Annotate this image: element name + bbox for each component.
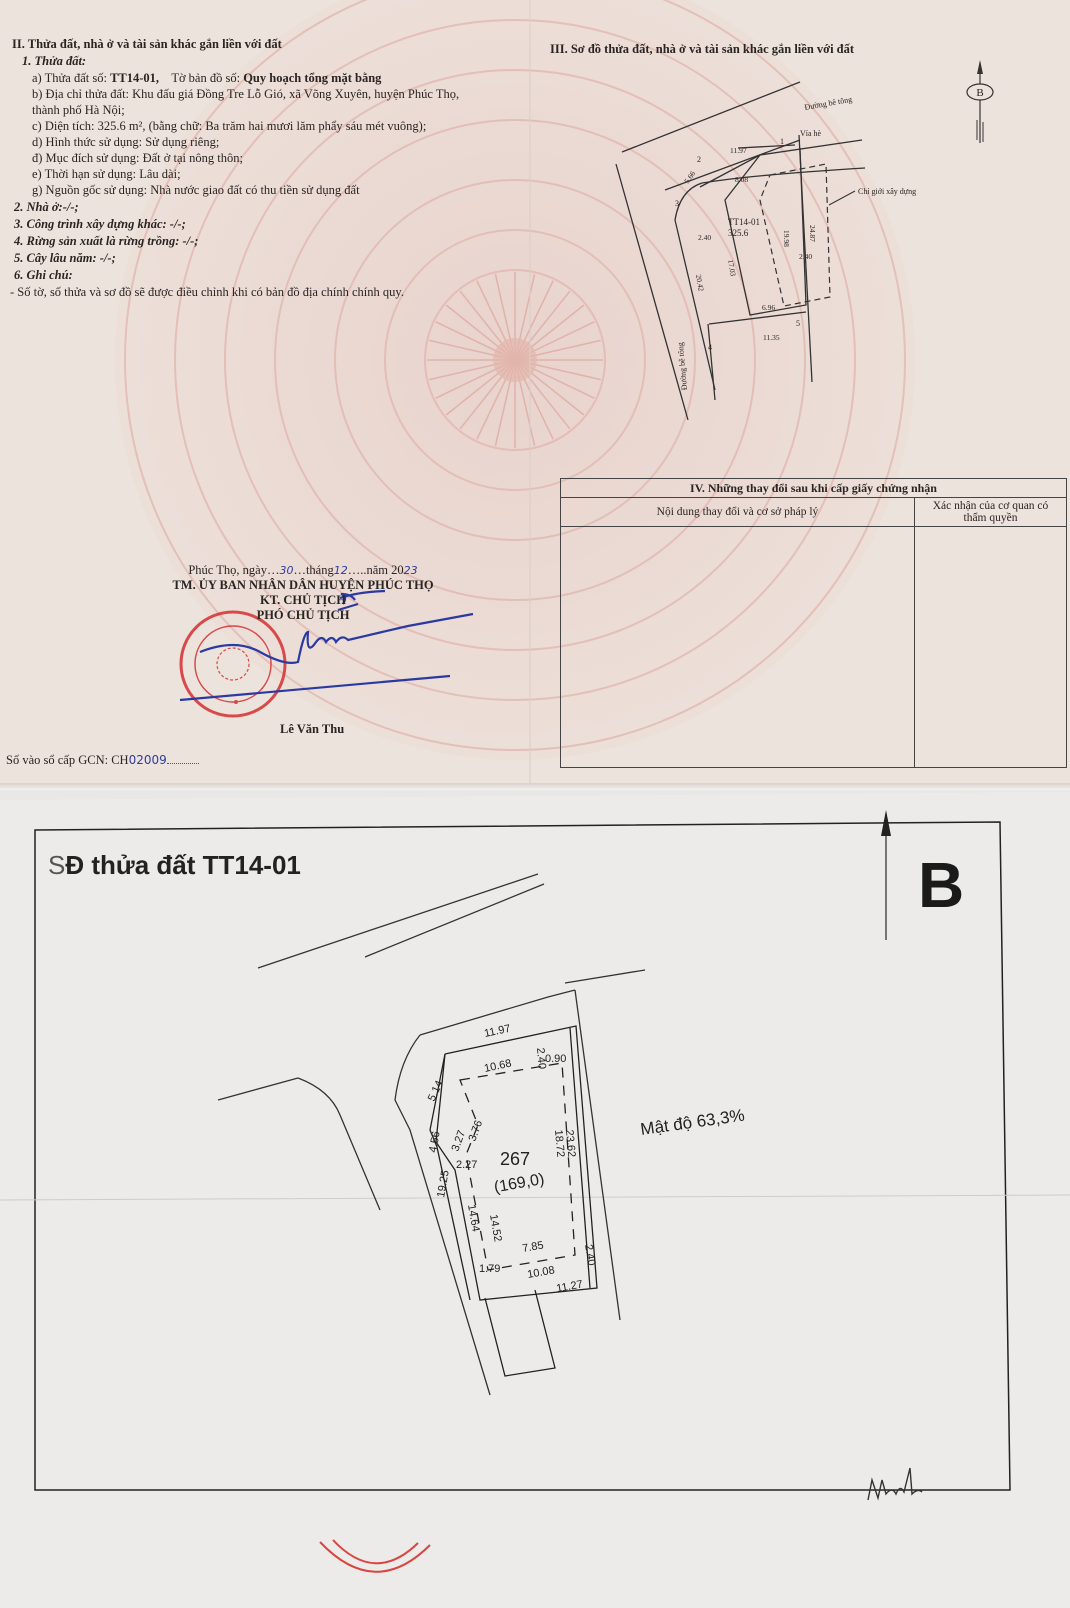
dim-inner-left: 17.03 bbox=[726, 259, 738, 277]
point-1: 1 bbox=[780, 137, 784, 146]
issuing-authority: TM. ỦY BAN NHÂN DÂN HUYỆN PHÚC THỌ bbox=[148, 578, 458, 593]
year-label: …..năm 20 bbox=[348, 563, 404, 577]
point-3: 3 bbox=[675, 199, 679, 208]
month-label: …tháng bbox=[293, 563, 333, 577]
point-5: 5 bbox=[796, 319, 800, 328]
issue-day: 30 bbox=[279, 564, 293, 577]
usage-purpose-line: đ) Mục đích sử dụng: Đất ở tại nông thôn… bbox=[0, 150, 243, 166]
parcel-number: TT14-01, bbox=[110, 71, 159, 85]
changes-table-header: Nội dung thay đổi và cơ sở pháp lý Xác n… bbox=[561, 498, 1066, 527]
registry-label: Số vào sổ cấp GCN: CH bbox=[6, 753, 129, 767]
north-arrow-icon: B bbox=[960, 58, 1000, 148]
dim-setback-right: 2.40 bbox=[799, 252, 812, 261]
changes-table-title: IV. Những thay đổi sau khi cấp giấy chứn… bbox=[561, 479, 1066, 498]
dim-right: 24.87 bbox=[808, 225, 817, 242]
parcel-heading: 1. Thửa đất: bbox=[0, 53, 86, 69]
note-text: - Số tờ, số thửa và sơ đồ sẽ được điều c… bbox=[10, 284, 404, 300]
changes-table: IV. Những thay đổi sau khi cấp giấy chứn… bbox=[560, 478, 1067, 768]
plan-dim-small: 2.27 bbox=[456, 1159, 477, 1171]
dim-setback-left: 2.40 bbox=[698, 233, 711, 242]
changes-col-content: Nội dung thay đổi và cơ sở pháp lý bbox=[561, 498, 915, 526]
certificate-page: II. Thửa đất, nhà ở và tài sản khác gắn … bbox=[0, 0, 1070, 790]
plan-title: SĐ thửa đất TT14-01 bbox=[48, 850, 301, 881]
parcel-address-line1: b) Địa chỉ thửa đất: Khu đấu giá Đồng Tr… bbox=[0, 86, 459, 102]
dim-top: 11.97 bbox=[730, 146, 747, 155]
section-2-title: II. Thửa đất, nhà ở và tài sản khác gắn … bbox=[12, 36, 282, 52]
point-2: 2 bbox=[697, 155, 701, 164]
road-top-label: Đường bê tông bbox=[804, 95, 853, 112]
note-heading: 6. Ghi chú: bbox=[14, 267, 73, 283]
parcel-number-line: a) Thửa đất số: TT14-01, Tờ bản đồ số: Q… bbox=[0, 70, 381, 86]
map-sheet-value: Quy hoạch tổng mặt bằng bbox=[243, 71, 381, 85]
point-4: 4 bbox=[708, 343, 712, 352]
forest-item: 4. Rừng sản xuất là rừng trồng: -/-; bbox=[14, 233, 198, 249]
building-line-label: Chỉ giới xây dựng bbox=[858, 187, 916, 196]
usage-origin-line: g) Nguồn gốc sử dụng: Nhà nước giao đất … bbox=[0, 182, 360, 198]
changes-table-body bbox=[561, 527, 1066, 767]
sketch-parcel-id: TT14-01 bbox=[728, 217, 760, 227]
changes-col-confirmation: Xác nhận của cơ quan có thẩm quyền bbox=[915, 498, 1066, 526]
north-label: B bbox=[976, 87, 983, 99]
plan-dim-bottom-left: 1.79 bbox=[479, 1263, 500, 1275]
dim-chamfer: 5.66 bbox=[682, 169, 697, 185]
date-prefix: Phúc Thọ, ngày… bbox=[188, 563, 279, 577]
plan-dim-corner: 0.90 bbox=[545, 1053, 566, 1065]
plan-dim-right-inner: 18.72 bbox=[552, 1129, 566, 1157]
site-plan-page: 11.97 10.68 2.40 0.90 5.14 3.76 3.27 2.2… bbox=[0, 790, 1070, 1608]
plan-title-prefix: S bbox=[48, 850, 65, 880]
signer-role: PHÓ CHỦ TỊCH bbox=[148, 608, 458, 623]
dim-left: 20.42 bbox=[694, 274, 706, 292]
parcel-number-label: a) Thửa đất số: bbox=[32, 71, 107, 85]
sketch-parcel-area: 325.6 bbox=[728, 228, 749, 238]
map-sheet-label: Tờ bản đồ số: bbox=[171, 71, 240, 85]
plan-north-label: B bbox=[918, 848, 964, 922]
registry-value: 02009 bbox=[129, 753, 167, 767]
perennial-item: 5. Cây lâu năm: -/-; bbox=[14, 250, 116, 266]
dim-bottom: 11.35 bbox=[763, 333, 780, 342]
plan-parcel-number: 267 bbox=[500, 1149, 530, 1169]
signer-name: Lê Văn Thu bbox=[280, 722, 344, 737]
changes-confirmation-cell bbox=[915, 527, 1066, 767]
signer-capacity: KT. CHỦ TỊCH bbox=[148, 593, 458, 608]
dim-inner-top: 8.08 bbox=[735, 175, 748, 184]
section-3-title: III. Sơ đồ thửa đất, nhà ở và tài sản kh… bbox=[550, 42, 854, 57]
changes-content-cell bbox=[561, 527, 915, 767]
confirmation-header-line2: thẩm quyền bbox=[915, 512, 1066, 524]
dim-inner-bottom: 6.96 bbox=[762, 303, 775, 312]
signature-block: Phúc Thọ, ngày…30…tháng12…..năm 2023 TM.… bbox=[148, 563, 458, 623]
usage-term-line: e) Thời hạn sử dụng: Lâu dài; bbox=[0, 166, 181, 182]
dim-inner-right: 19.98 bbox=[782, 230, 791, 247]
parcel-area-line: c) Diện tích: 325.6 m², (bằng chữ: Ba tr… bbox=[0, 118, 426, 134]
issue-date: Phúc Thọ, ngày…30…tháng12…..năm 2023 bbox=[148, 563, 458, 578]
parcel-address-line2: thành phố Hà Nội; bbox=[0, 102, 125, 118]
house-item: 2. Nhà ở:-/-; bbox=[14, 199, 79, 215]
registry-number: Số vào sổ cấp GCN: CH02009 bbox=[6, 753, 199, 768]
issue-month: 12 bbox=[334, 564, 348, 577]
confirmation-header-line1: Xác nhận của cơ quan có bbox=[915, 500, 1066, 512]
other-works-item: 3. Công trình xây dựng khác: -/-; bbox=[14, 216, 186, 232]
issue-year: 23 bbox=[404, 564, 418, 577]
sidewalk-label: Vỉa hè bbox=[800, 129, 822, 138]
page-fold bbox=[0, 783, 1070, 790]
usage-form-line: d) Hình thức sử dụng: Sử dụng riêng; bbox=[0, 134, 219, 150]
plan-title-text: Đ thửa đất TT14-01 bbox=[65, 850, 301, 880]
